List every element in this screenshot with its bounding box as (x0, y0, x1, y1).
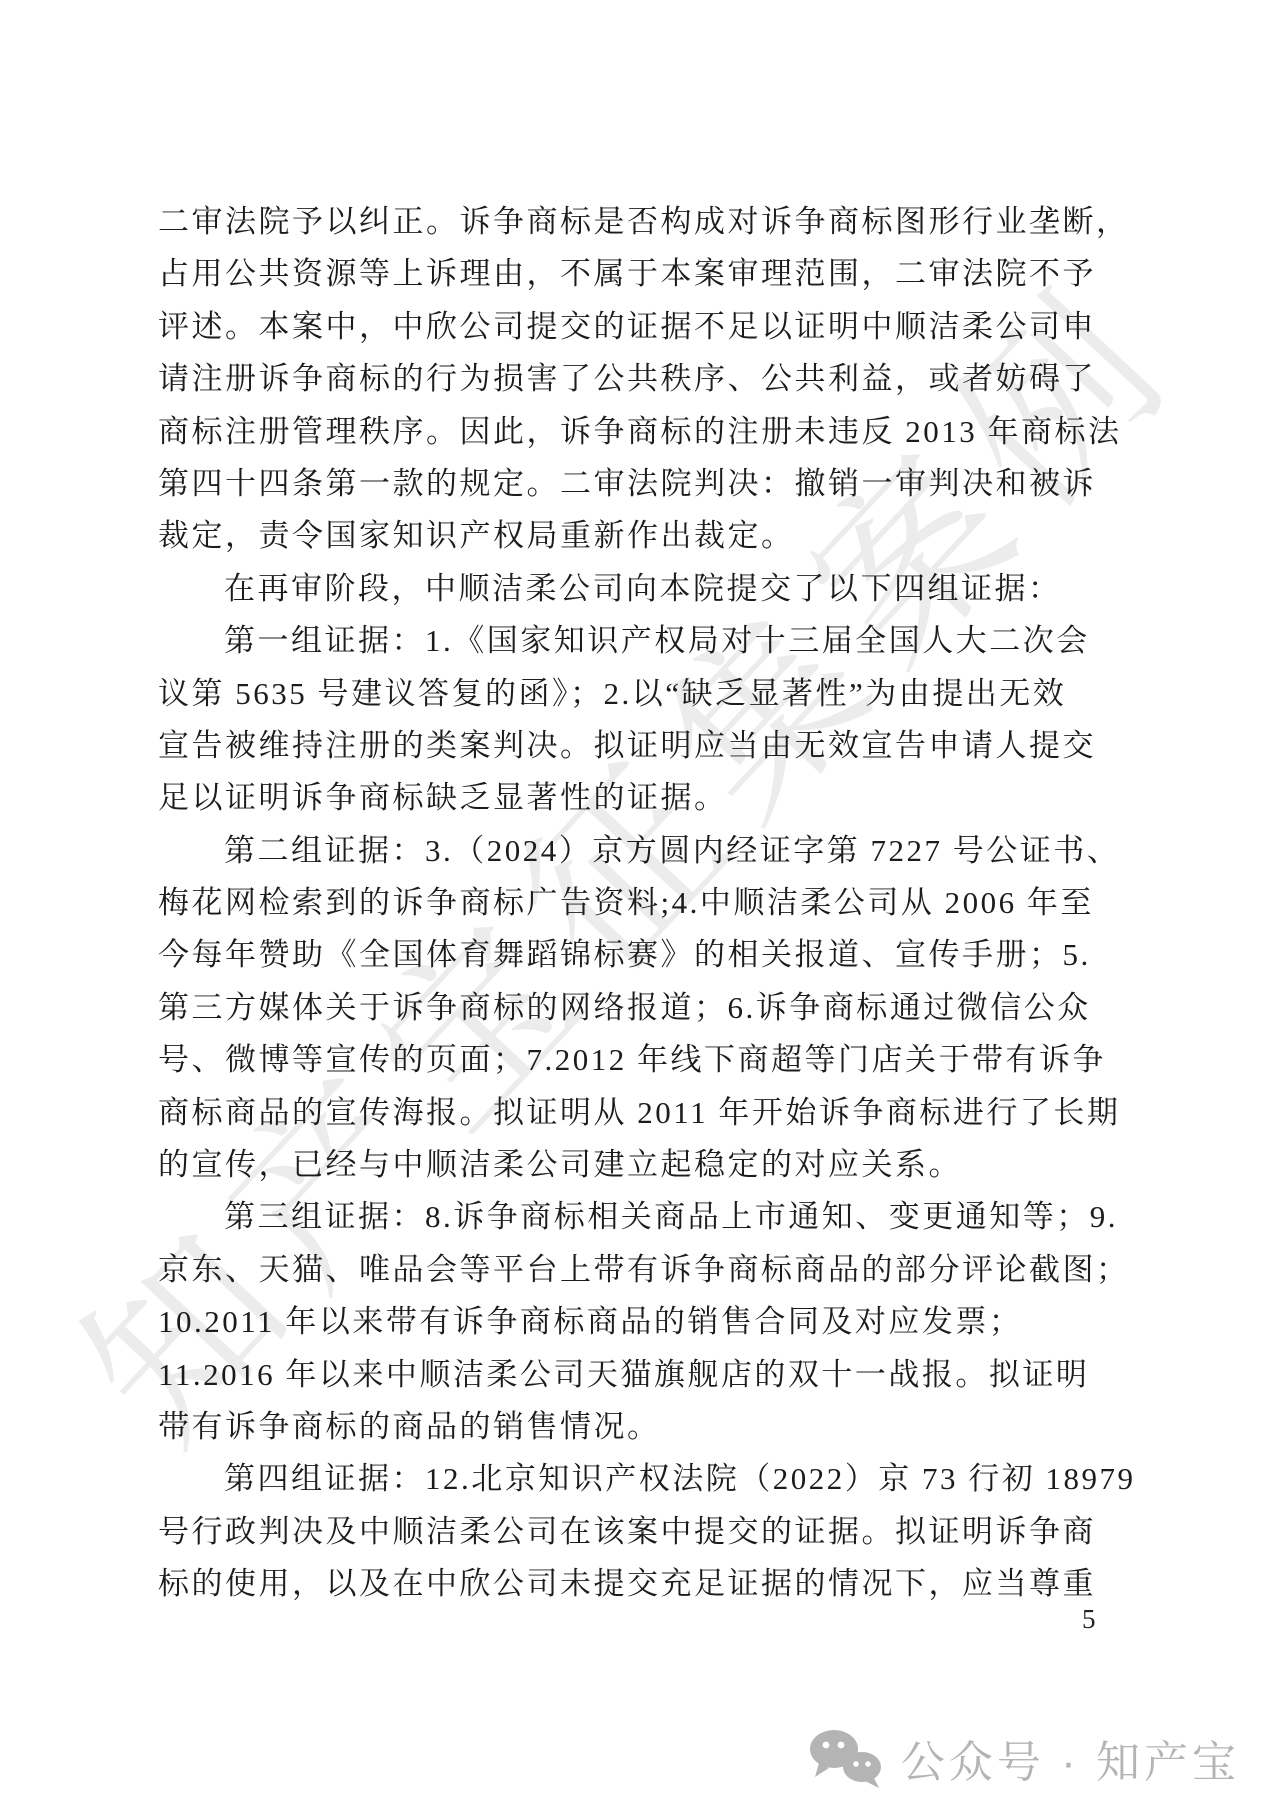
text-line: 商标注册管理秩序。因此，诉争商标的注册未违反 2013 年商标法 (158, 406, 1018, 458)
text-line: 评述。本案中，中欣公司提交的证据不足以证明中顺洁柔公司申 (158, 301, 1018, 353)
text-line: 请注册诉争商标的行为损害了公共秩序、公共利益，或者妨碍了 (158, 353, 1018, 405)
footer-label: 公众号 · 知产宝 (901, 1726, 1240, 1790)
judgment-text-block: 二审法院予以纠正。诉争商标是否构成对诉争商标图形行业垄断， 占用公共资源等上诉理… (158, 196, 1018, 1611)
text-line: 宣告被维持注册的类案判决。拟证明应当由无效宣告申请人提交 (158, 720, 1018, 772)
text-line: 10.2011 年以来带有诉争商标商品的销售合同及对应发票； (158, 1296, 1018, 1348)
text-line: 第四十四条第一款的规定。二审法院判决：撤销一审判决和被诉 (158, 458, 1018, 510)
text-line: 足以证明诉争商标缺乏显著性的证据。 (158, 772, 1018, 824)
text-line: 带有诉争商标的商品的销售情况。 (158, 1401, 1018, 1453)
text-line: 议第 5635 号建议答复的函》；2.以“缺乏显著性”为由提出无效 (158, 668, 1018, 720)
wechat-icon (807, 1727, 885, 1789)
text-line: 二审法院予以纠正。诉争商标是否构成对诉争商标图形行业垄断， (158, 196, 1018, 248)
text-line: 标的使用，以及在中欣公司未提交充足证据的情况下，应当尊重 (158, 1558, 1018, 1610)
text-line: 今每年赞助《全国体育舞蹈锦标赛》的相关报道、宣传手册；5. (158, 929, 1018, 981)
text-line: 的宣传，已经与中顺洁柔公司建立起稳定的对应关系。 (158, 1139, 1018, 1191)
scanned-judgment-page: 知产宝征集案例 二审法院予以纠正。诉争商标是否构成对诉争商标图形行业垄断， 占用… (0, 0, 1280, 1810)
text-line: 第二组证据：3.（2024）京方圆内经证字第 7227 号公证书、 (158, 825, 1018, 877)
text-line: 裁定，责令国家知识产权局重新作出裁定。 (158, 510, 1018, 562)
text-line: 京东、天猫、唯品会等平台上带有诉争商标商品的部分评论截图； (158, 1244, 1018, 1296)
text-line: 号行政判决及中顺洁柔公司在该案中提交的证据。拟证明诉争商 (158, 1506, 1018, 1558)
text-line: 第三方媒体关于诉争商标的网络报道；6.诉争商标通过微信公众 (158, 982, 1018, 1034)
wechat-account-footer: 公众号 · 知产宝 (807, 1726, 1240, 1790)
text-line: 在再审阶段，中顺洁柔公司向本院提交了以下四组证据： (158, 563, 1018, 615)
text-line: 第四组证据：12.北京知识产权法院（2022）京 73 行初 18979 (158, 1453, 1018, 1505)
text-line: 商标商品的宣传海报。拟证明从 2011 年开始诉争商标进行了长期 (158, 1087, 1018, 1139)
text-line: 占用公共资源等上诉理由，不属于本案审理范围，二审法院不予 (158, 248, 1018, 300)
page-number: 5 (1082, 1604, 1096, 1635)
text-line: 号、微博等宣传的页面；7.2012 年线下商超等门店关于带有诉争 (158, 1034, 1018, 1086)
text-line: 第一组证据：1.《国家知识产权局对十三届全国人大二次会 (158, 615, 1018, 667)
text-line: 梅花网检索到的诉争商标广告资料;4.中顺洁柔公司从 2006 年至 (158, 877, 1018, 929)
text-line: 第三组证据：8.诉争商标相关商品上市通知、变更通知等；9. (158, 1191, 1018, 1243)
text-line: 11.2016 年以来中顺洁柔公司天猫旗舰店的双十一战报。拟证明 (158, 1349, 1018, 1401)
